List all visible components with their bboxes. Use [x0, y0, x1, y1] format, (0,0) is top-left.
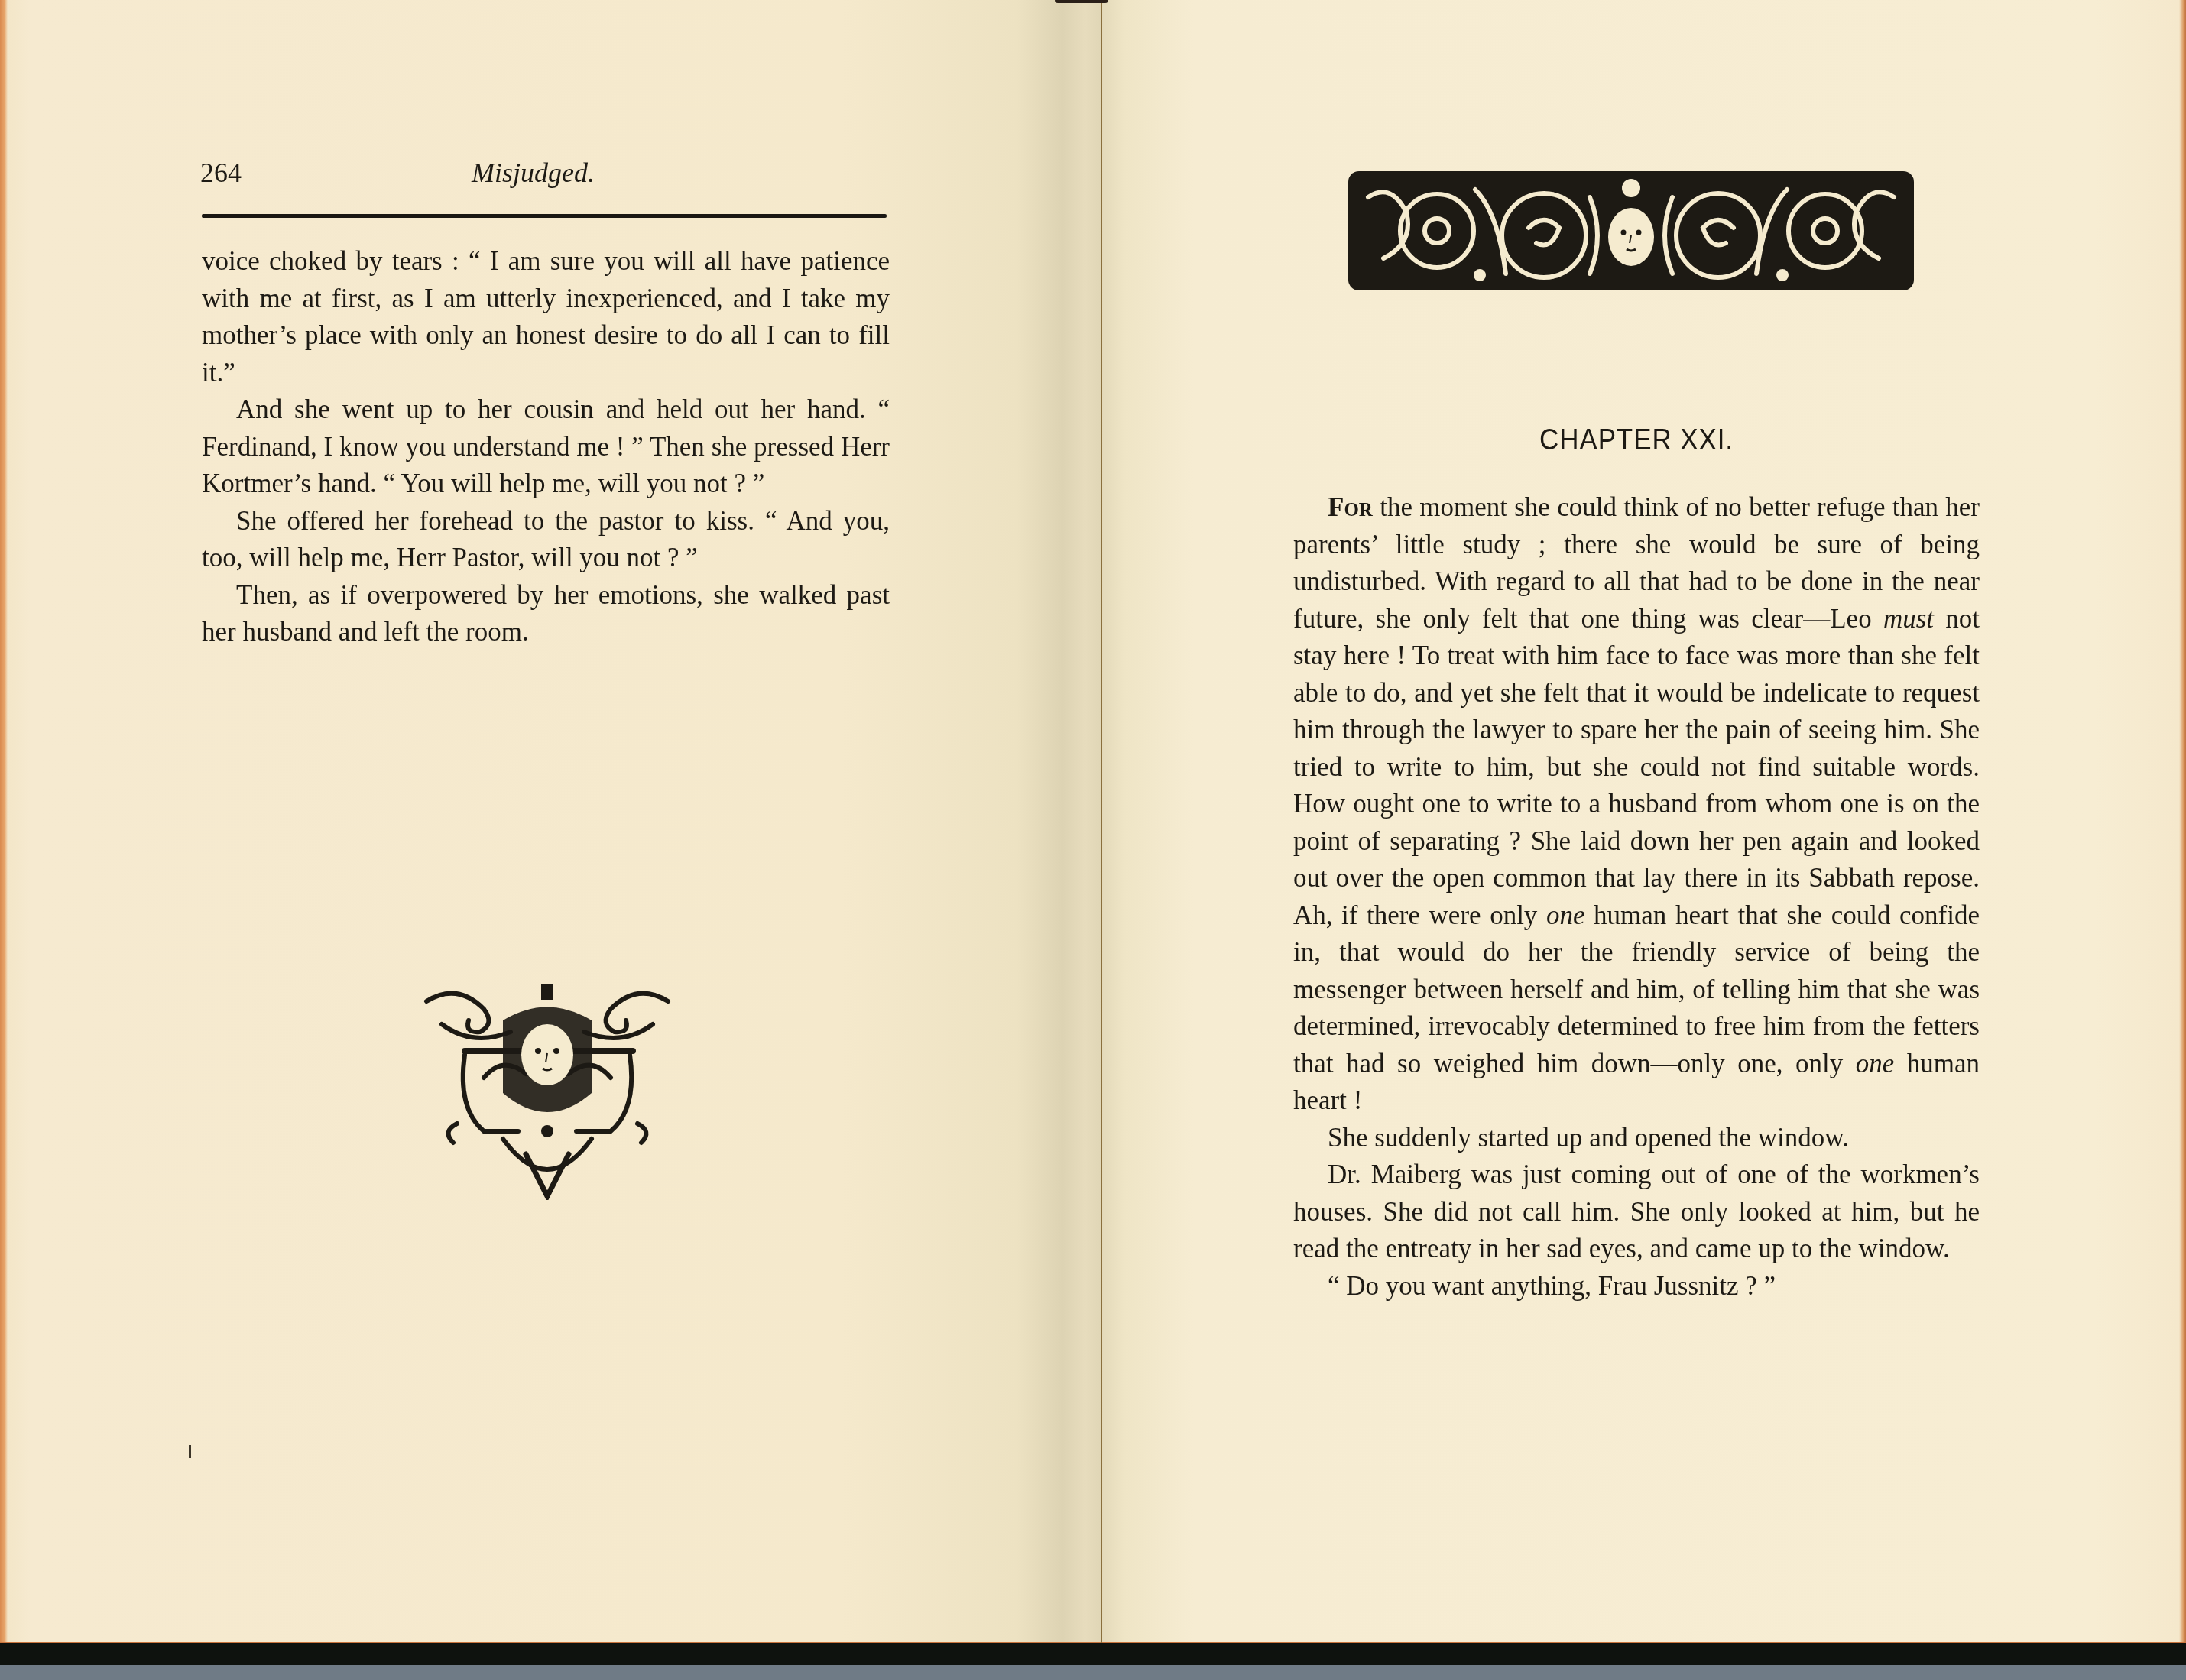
open-book-spread: 264 Misjudged. voice choked by tears : “… [0, 0, 2186, 1643]
emphasis-text: one [1546, 900, 1585, 930]
paragraph-text: the moment she could think of no better … [1293, 492, 1980, 634]
paragraph: She offered her forehead to the pastor t… [202, 503, 890, 577]
paragraph: For the moment she could think of no bet… [1293, 489, 1980, 1120]
drop-lead-word: For [1328, 492, 1373, 522]
book-gutter [1101, 0, 1102, 1643]
book-spine-top [1055, 0, 1108, 3]
paragraph: She suddenly started up and opened the w… [1293, 1120, 1980, 1157]
running-head: 264 Misjudged. [200, 157, 888, 195]
paragraph: And she went up to her cousin and held o… [202, 391, 890, 503]
paragraph: Dr. Maiberg was just coming out of one o… [1293, 1156, 1980, 1268]
stray-ink-mark [189, 1445, 191, 1458]
emphasis-text: must [1883, 604, 1934, 634]
paragraph-text: not stay here ! To treat with him face t… [1293, 604, 1980, 930]
right-page-body: For the moment she could think of no bet… [1293, 489, 1980, 1305]
paragraph: Then, as if overpowered by her emotions,… [202, 577, 890, 651]
book-cover-edge [0, 1643, 2186, 1665]
headpiece-ornament-icon [1345, 167, 1917, 295]
tailpiece-ornament-icon [411, 978, 683, 1200]
header-rule [202, 214, 887, 218]
paragraph: “ Do you want anything, Frau Jussnitz ? … [1293, 1268, 1980, 1305]
emphasis-text: one [1856, 1049, 1895, 1078]
running-title: Misjudged. [472, 157, 595, 189]
page-number: 264 [200, 157, 242, 189]
left-page-body: voice choked by tears : “ I am sure you … [202, 243, 890, 651]
chapter-title: CHAPTER XXI. [1321, 424, 1952, 457]
paragraph: voice choked by tears : “ I am sure you … [202, 243, 890, 391]
